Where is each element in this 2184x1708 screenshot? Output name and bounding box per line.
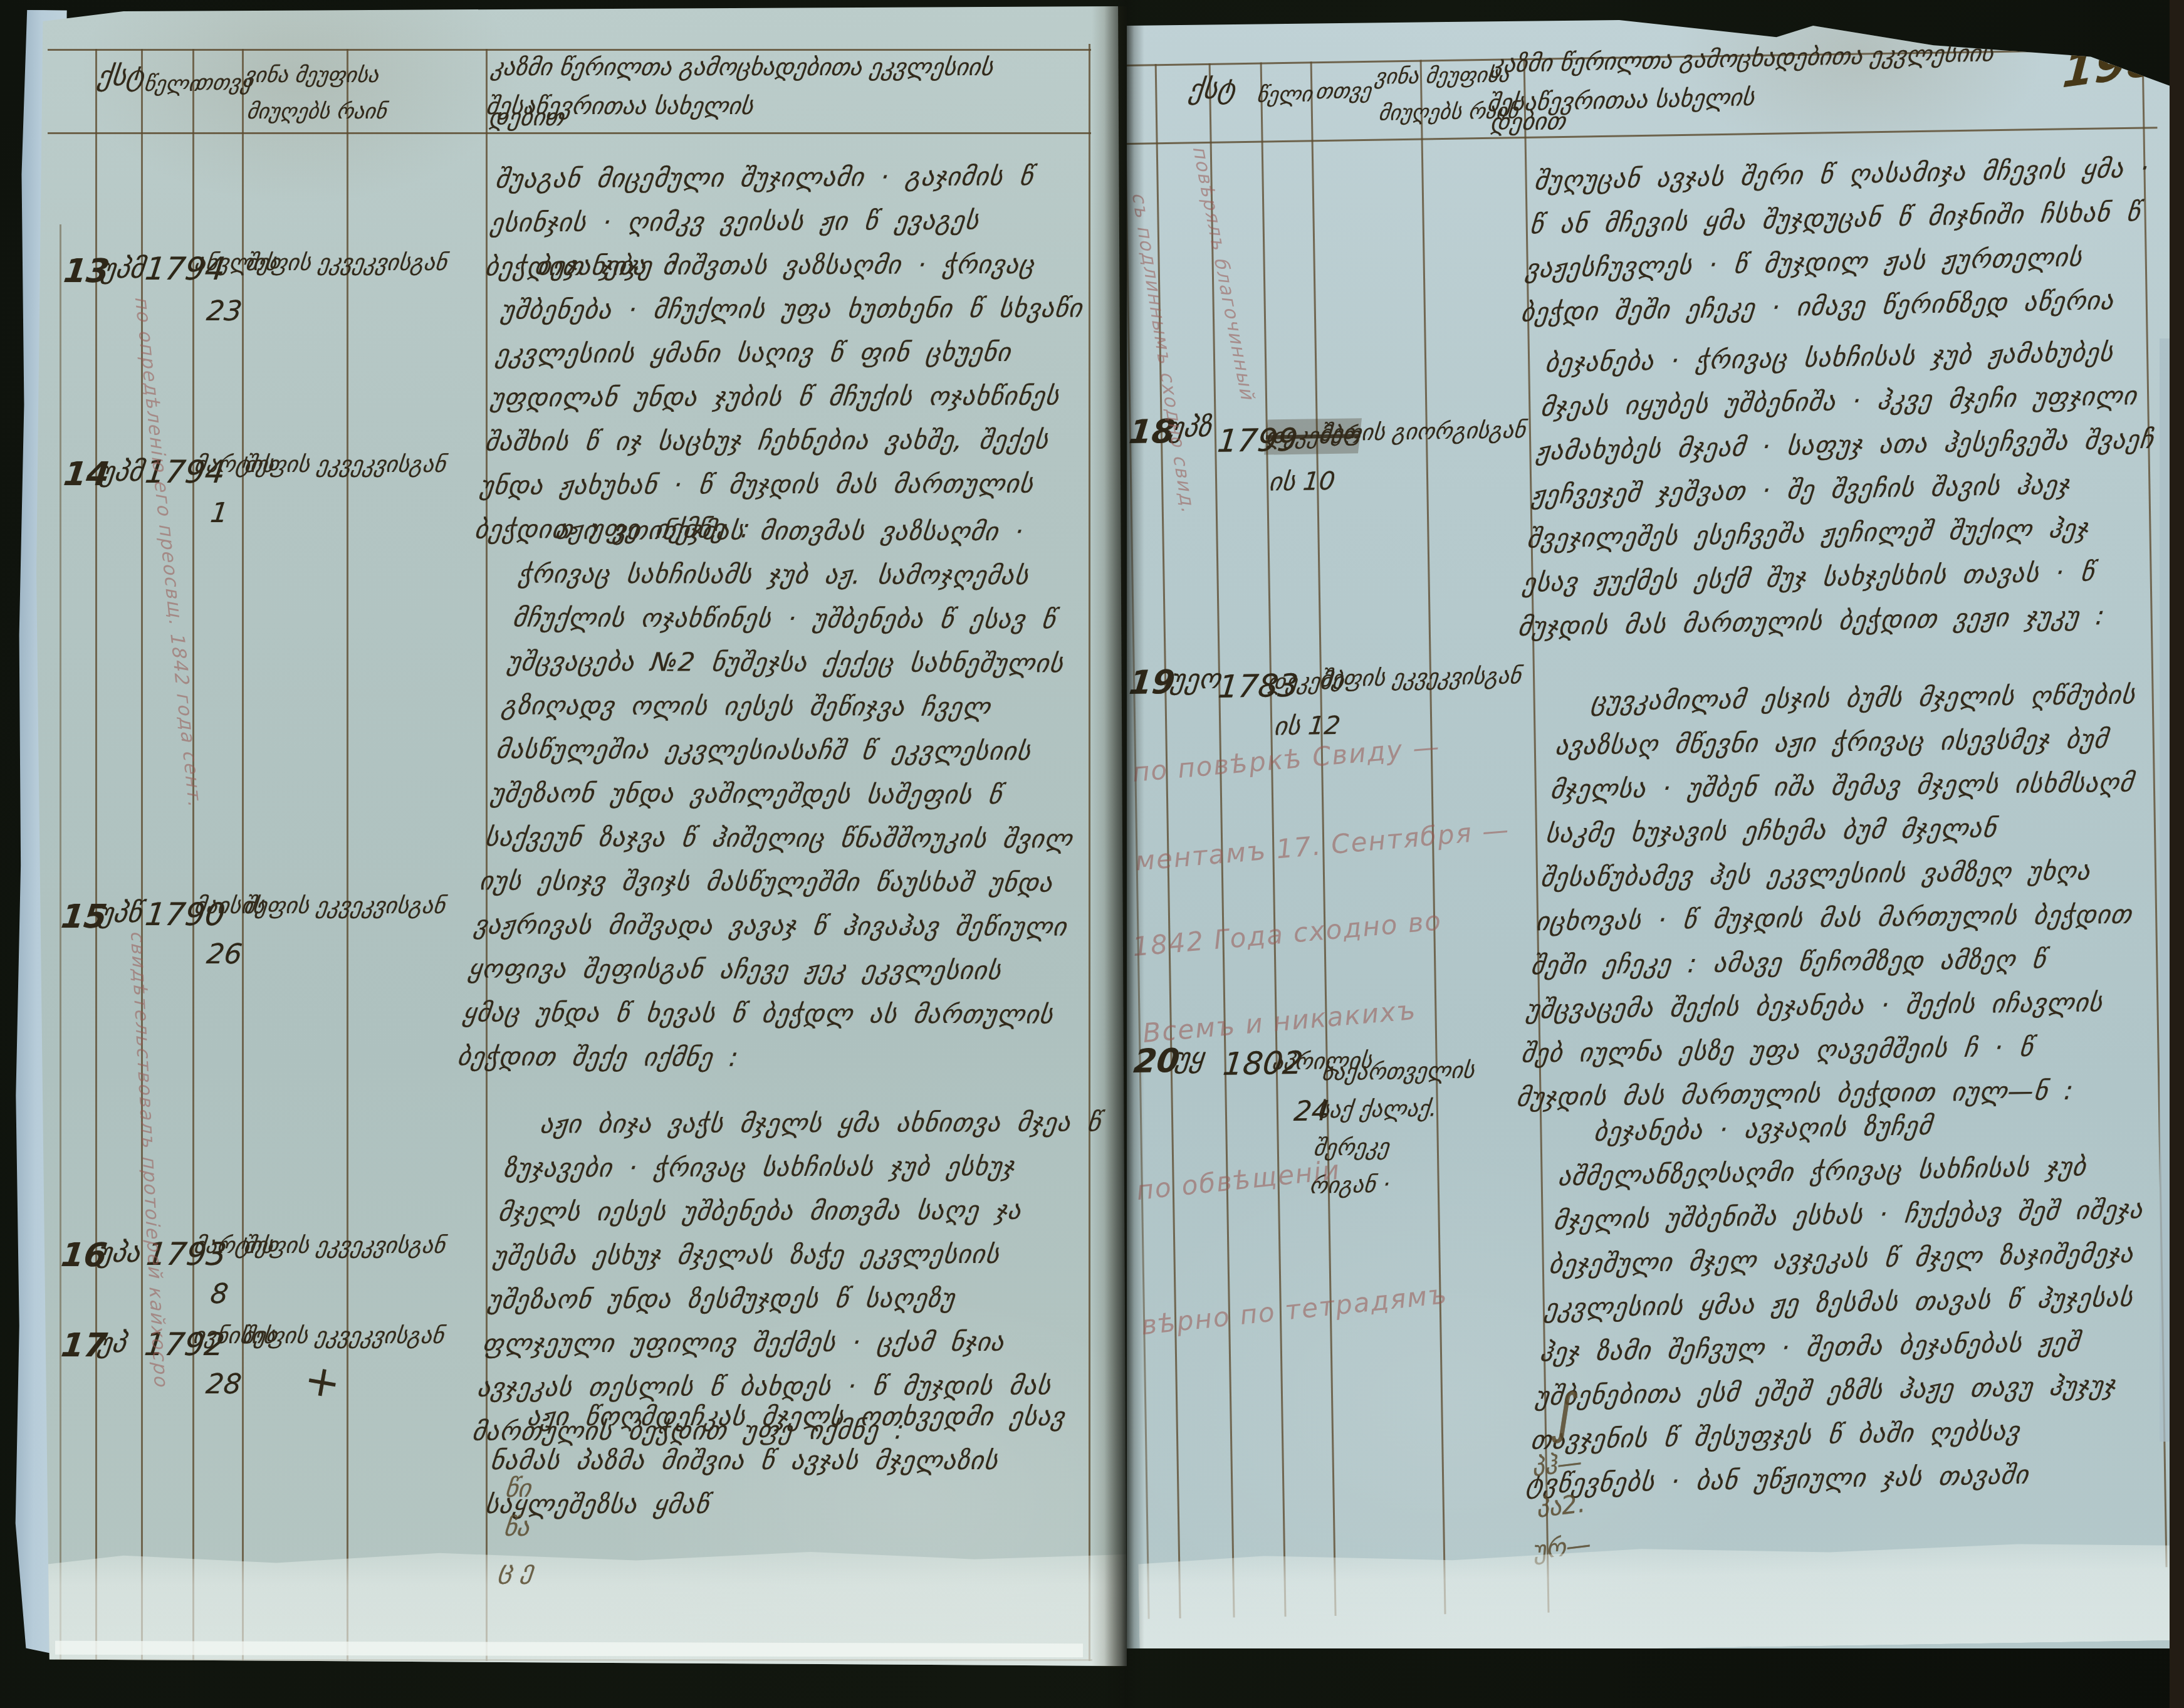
header-year: წელი [1255, 76, 1314, 112]
rule-line [1117, 127, 2158, 145]
scribble-mark: ც ე [496, 1548, 536, 1592]
entry-paragraph: ცუვკამილამ ესჯის ბუმს მჯელის ღწმუბის ავა… [1514, 672, 2180, 1119]
row-from: შეფის ეკვეკვისგან [1318, 659, 1523, 697]
header-main-2: დებით [1488, 99, 1568, 144]
header-month: თთვე [1314, 73, 1373, 110]
row-day: 26 [204, 933, 245, 977]
row-day: 28 [204, 1363, 244, 1407]
russian-annotation: 1842 Года сходно во [1131, 905, 1443, 962]
rule-line [347, 49, 348, 1661]
entry-paragraph: ბეჯანება · ჭრივაც სახჩისას ჯუბ ჟამახუბეს… [1516, 329, 2165, 649]
row-from: შეფის გიორგისგან [1318, 413, 1527, 451]
tissue-interleaf [1138, 1538, 2184, 1657]
header-year: წელი [142, 66, 202, 102]
header-main: კაზმი წერილთა გამოცხადებითა ეკვლესიის შე… [1486, 30, 2127, 122]
row-chronicon: უპა [95, 1231, 143, 1275]
header-chronicon: ქსტ [1187, 71, 1237, 107]
entry-paragraph: აჟი წოღმდეჩკას მჯელს ოთხვედმი ესავ ნამას… [483, 1395, 1099, 1526]
entry-paragraph: ბეჯანება მიშვთას ვაზსაღმი · ჭრივაც უშბენ… [473, 242, 1110, 551]
row-day: ის 10 [1267, 464, 1337, 500]
russian-annotation: Всемъ и никакихъ [1141, 995, 1418, 1049]
header-chronicon: ქსტ [96, 59, 147, 94]
entry-paragraph: შუღუცან ავჯას შერი წ ღასამიჯა მჩევის ყმა… [1519, 146, 2155, 335]
page-number: 198 [2061, 36, 2161, 94]
page-crease [1092, 6, 1127, 1667]
header-by-whom: ვინა მეუფისა [243, 58, 381, 93]
margin-annotation: свидѣтельствовалъ протоіерей кайхосро [126, 931, 172, 1389]
margin-annotation: съ подлиннымъ сходно свид. [1127, 193, 1199, 515]
margin-annotation: повѣрялъ благочинный [1188, 147, 1259, 402]
row-from: შეფის ეკვეკვისგან [242, 1229, 447, 1264]
scribble-mark: წა [501, 1506, 533, 1549]
row-from: შეფის ეკვეკვისგან [243, 448, 448, 483]
rule-line [48, 132, 1091, 134]
row-chronicon: უპწ [97, 891, 145, 935]
row-day: 8 [208, 1272, 231, 1316]
russian-annotation: вѣрно по тетрадямъ [1140, 1279, 1450, 1341]
cross-mark: + [301, 1358, 343, 1407]
row-from: შეფის ეკვეკვისგან [242, 889, 447, 924]
flourish-mark: ∫ [1549, 1391, 1581, 1436]
entry-paragraph: ბეჯანება · ავჯაღის ზუჩემ აშმელანზეღსაღმი… [1524, 1099, 2182, 1506]
left-page: ქსტ წელი თთვე ვინა მეუფისა მიუღებს რაინ … [36, 6, 1127, 1671]
header-main-2: დებით [486, 95, 567, 139]
row-day: 1 [208, 491, 231, 535]
row-chronicon: უპ [95, 1321, 129, 1365]
header-by-whom-2: მიუღებს რაინ [245, 94, 389, 129]
cover-edge [2170, 0, 2184, 1708]
row-from: შეფის ეკვეკვისგან [244, 246, 449, 281]
row-chronicon: უპმ [98, 450, 146, 494]
row-from: შეფის ეკვეკვისგან [241, 1319, 446, 1354]
row-day: 23 [204, 290, 245, 333]
scanned-register-spread: { "page_number": "198", "palette": { "pa… [0, 0, 2184, 1708]
rule-line [60, 224, 61, 1661]
paper-stack-edge [55, 1641, 1083, 1657]
row-chronicon: უეო [1168, 658, 1223, 702]
header-main: კაზმი წერილთა გამოცხადებითა ეკვლესიის შე… [484, 48, 1098, 125]
entry-paragraph: აჟი ვთინეჯმას მითვმას ვაზსაღმი · ჭრივაც … [455, 508, 1127, 1080]
right-page: ქსტ წელი თთვე ვინა მეუფისა მიუღებს რაინ … [1127, 18, 2175, 1648]
row-day: ის 12 [1272, 708, 1342, 745]
scribble-mark: წი [503, 1467, 534, 1511]
row-chronicon: უპმ [99, 247, 147, 291]
